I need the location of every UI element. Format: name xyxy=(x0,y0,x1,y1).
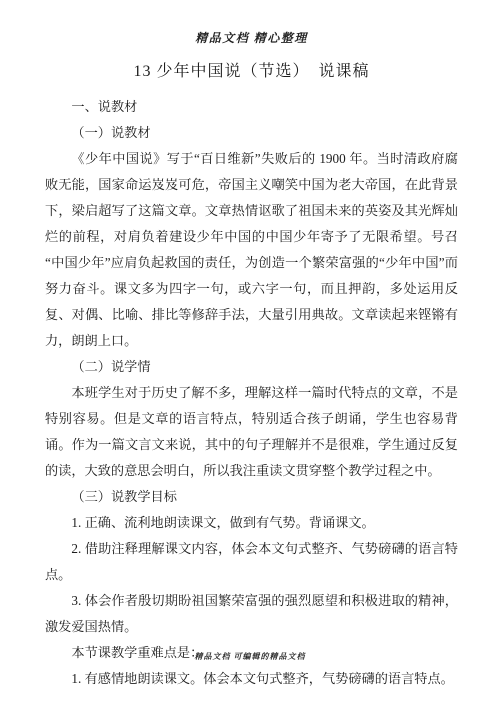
paragraph: （一）说教材 xyxy=(45,120,458,146)
paragraph: （三）说教学目标 xyxy=(45,484,458,510)
document-footer-watermark: 精品文档 可编辑的精品文档 xyxy=(0,651,500,662)
paragraph: 一、说教材 xyxy=(45,94,458,120)
document-header-watermark: 精品文档 精心整理 xyxy=(45,30,458,46)
paragraph: 1. 正确、流利地朗读课文，做到有气势。背诵课文。 xyxy=(45,510,458,536)
paragraph: （二）说学情 xyxy=(45,354,458,380)
paragraph: 2. 借助注释理解课文内容，体会本文句式整齐、气势磅礴的语言特点。 xyxy=(45,536,458,588)
paragraph: 《少年中国说》写于“百日维新”失败后的 1900 年。当时清政府腐败无能，国家命… xyxy=(45,146,458,354)
paragraph: 本班学生对于历史了解不多，理解这样一篇时代特点的文章，不是特别容易。但是文章的语… xyxy=(45,380,458,484)
document-body: 一、说教材（一）说教材《少年中国说》写于“百日维新”失败后的 1900 年。当时… xyxy=(45,94,458,692)
document-page: 精品文档 精心整理 13 少年中国说（节选） 说课稿 一、说教材（一）说教材《少… xyxy=(0,0,500,707)
paragraph: 3. 体会作者殷切期盼祖国繁荣富强的强烈愿望和积极进取的精神，激发爱国热情。 xyxy=(45,588,458,640)
paragraph: 1. 有感情地朗读课文。体会本文句式整齐，气势磅礴的语言特点。 xyxy=(45,666,458,692)
document-title: 13 少年中国说（节选） 说课稿 xyxy=(45,61,458,83)
